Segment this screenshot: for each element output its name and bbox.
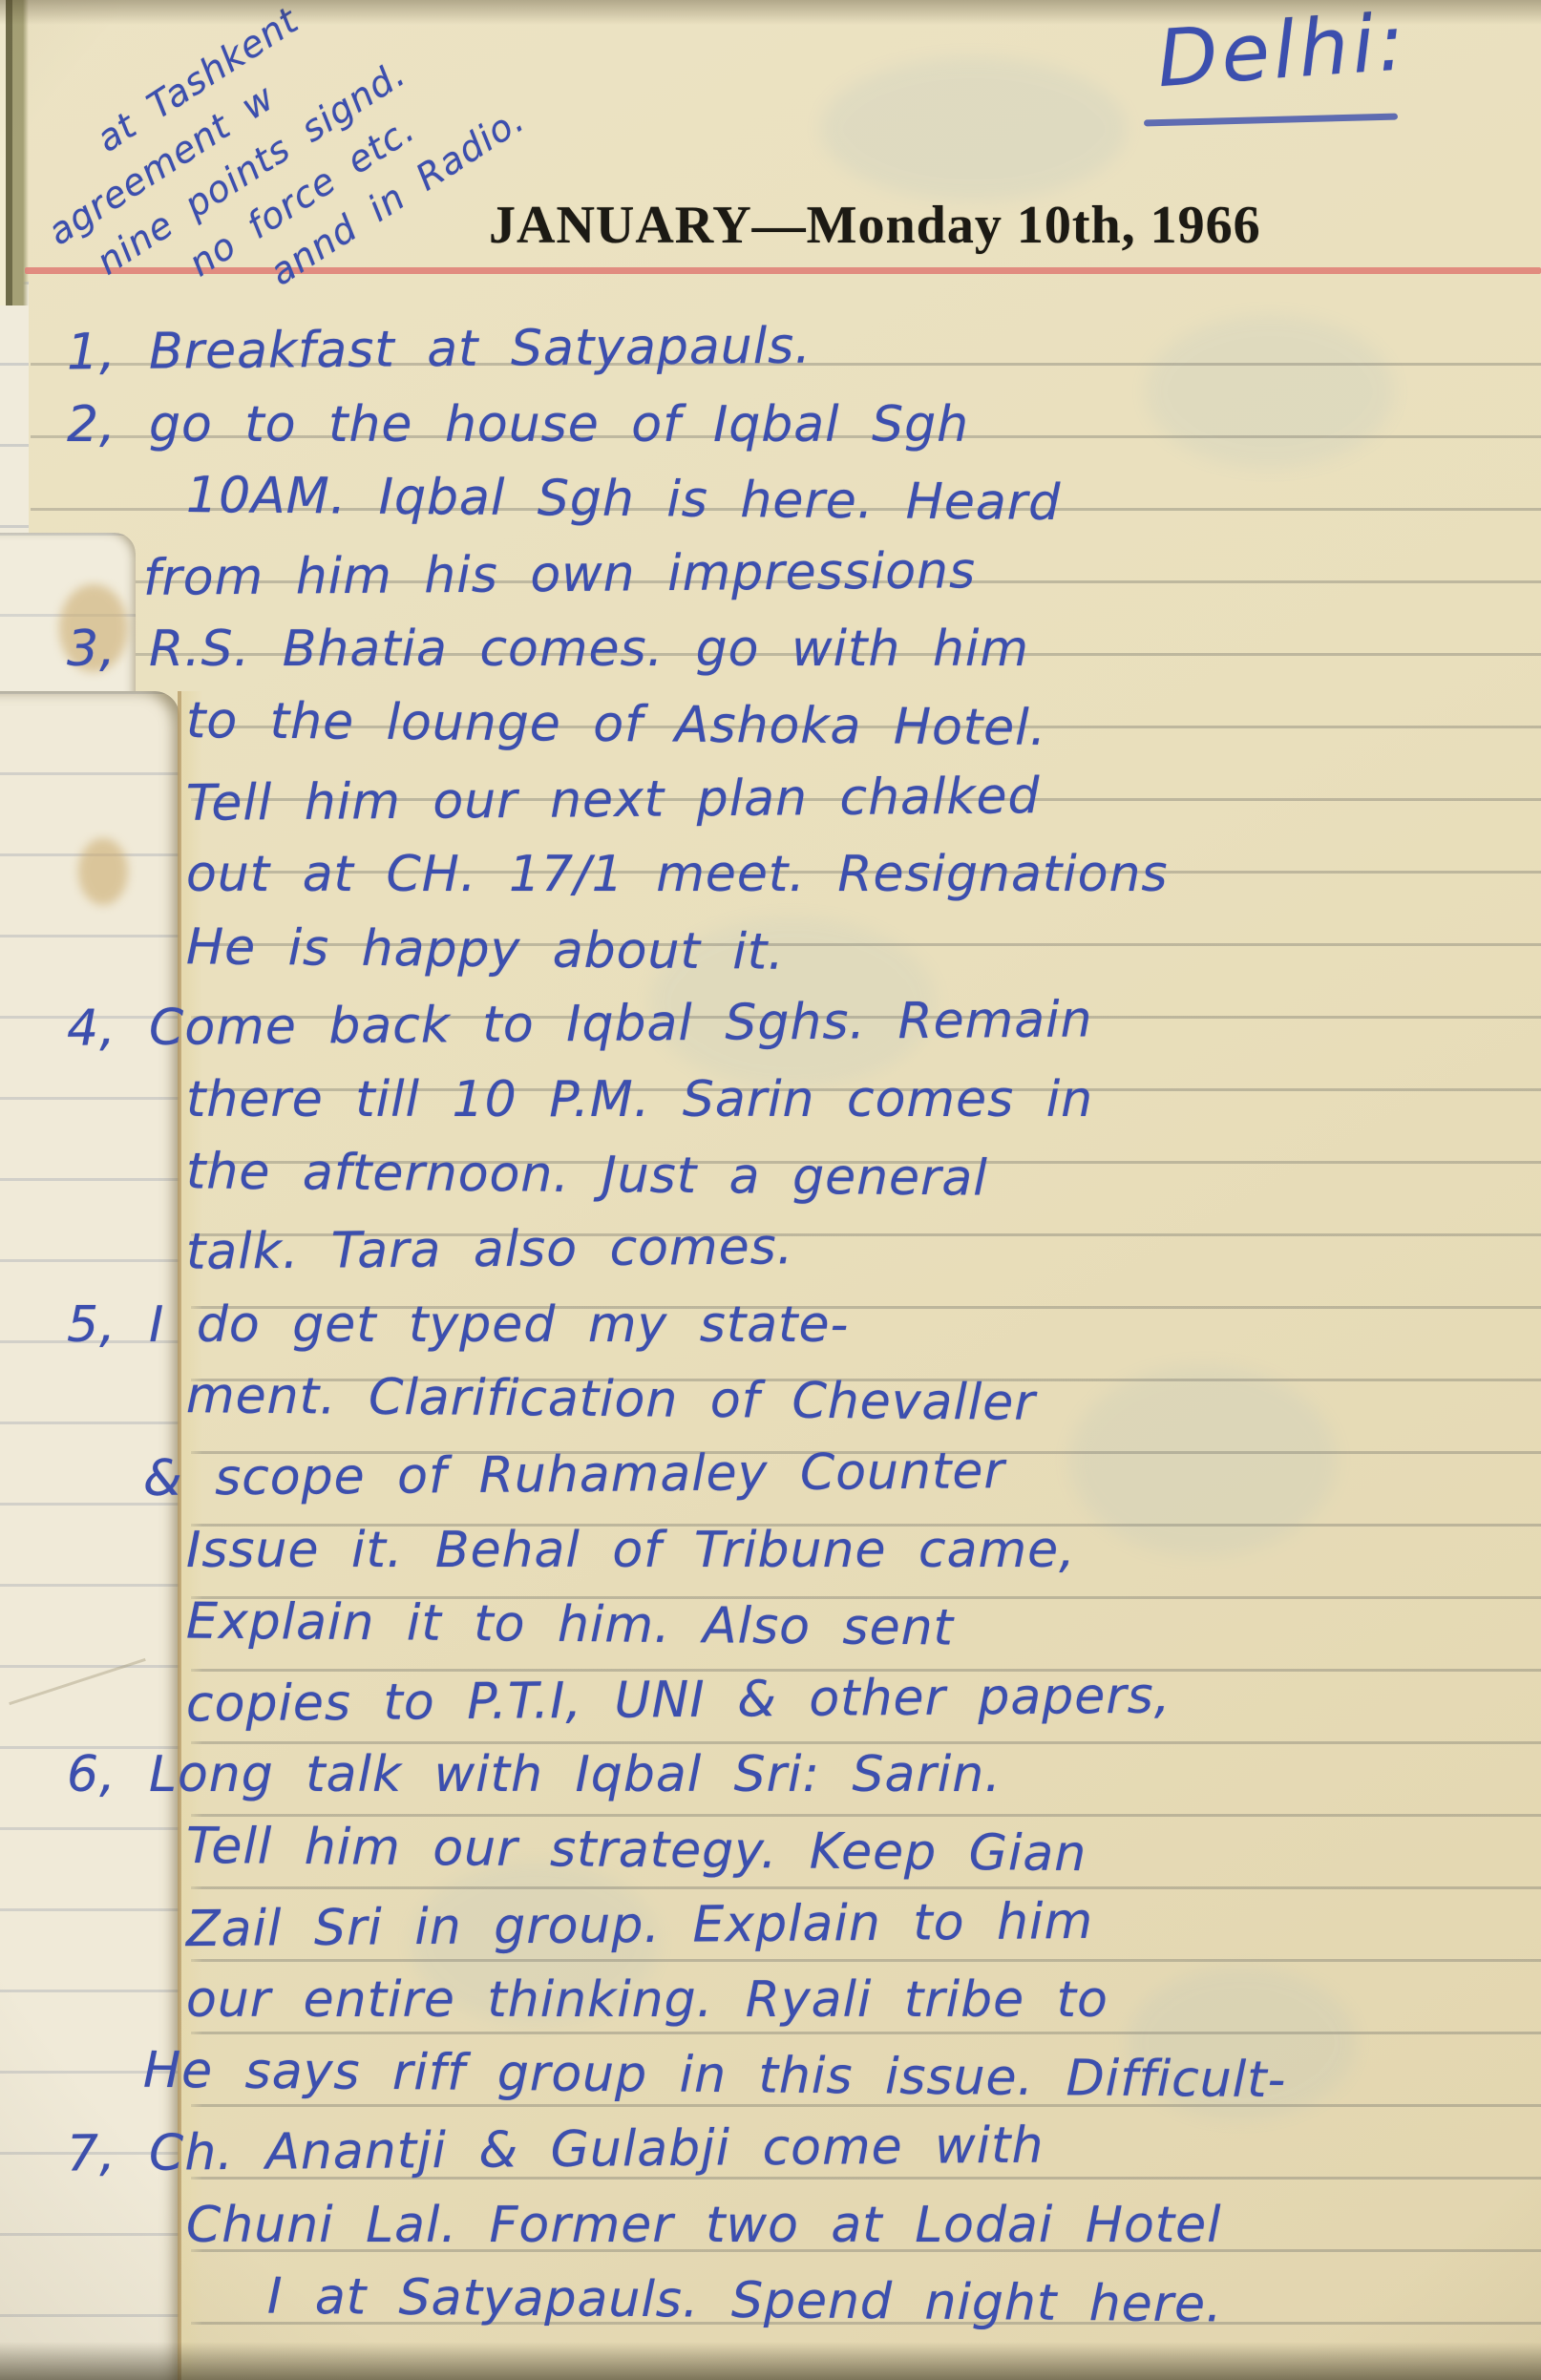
diary-line-text: Breakfast at Satyapauls. — [149, 318, 812, 381]
diary-line-text: I at Satyapauls. Spend night here. — [267, 2268, 1223, 2334]
diary-line-text: Chuni Lal. Former two at Lodai Hotel — [186, 2197, 1222, 2254]
diary-line: Tell him our strategy. Keep Gian — [186, 1822, 1087, 1879]
diary-line: Issue it. Behal of Tribune came, — [186, 1526, 1076, 1575]
diary-line: 1,Breakfast at Satyapauls. — [67, 322, 812, 378]
diary-line-text: ment. Clarification of Chevaller — [186, 1367, 1036, 1432]
diary-line: from him his own impressions — [143, 546, 977, 603]
diary-line-text: out at CH. 17/1 meet. Resignations — [186, 846, 1169, 903]
entry-number: 1, — [67, 327, 149, 378]
top-edge-shadow — [0, 0, 1541, 25]
diary-line-text: Tell him our next plan chalked — [186, 768, 1041, 832]
diary-line-text: the afternoon. Just a general — [186, 1143, 988, 1207]
diary-line-text: from him his own impressions — [143, 542, 977, 607]
diary-line-text: there till 10 P.M. Sarin comes in — [186, 1071, 1093, 1128]
diary-line: talk. Tara also comes. — [186, 1222, 794, 1277]
diary-line-text: copies to P.T.I, UNI & other papers, — [186, 1668, 1172, 1734]
diary-line: Chuni Lal. Former two at Lodai Hotel — [186, 2201, 1222, 2250]
diary-line-text: 10AM. Iqbal Sgh is here. Heard — [186, 467, 1062, 532]
entry-number: 4, — [67, 1003, 149, 1054]
diary-line: 7,Ch. Anantji & Gulabji come with — [67, 2121, 1045, 2180]
diary-line: the afternoon. Just a general — [186, 1147, 988, 1203]
diary-line: I at Satyapauls. Spend night here. — [267, 2272, 1223, 2330]
entry-number: 2, — [67, 400, 149, 450]
entry-number: 7, — [67, 2129, 149, 2180]
diary-line-text: Issue it. Behal of Tribune came, — [186, 1522, 1076, 1579]
diary-line-text: Tell him our strategy. Keep Gian — [186, 1818, 1087, 1883]
diary-line-text: Long talk with Iqbal Sri: Sarin. — [149, 1746, 1002, 1803]
diary-line-text: to the lounge of Ashoka Hotel. — [186, 692, 1047, 757]
diary-line: 6,Long talk with Iqbal Sri: Sarin. — [67, 1750, 1002, 1800]
diary-line: He says riff group in this issue. Diffic… — [143, 2046, 1287, 2105]
diary-line: Zail Sri in group. Explain to him — [186, 1897, 1094, 1954]
diary-line-text: I do get typed my state- — [149, 1296, 849, 1354]
diary-line: 10AM. Iqbal Sgh is here. Heard — [186, 471, 1062, 528]
diary-line-text: He is happy about it. — [186, 918, 785, 980]
diary-line: there till 10 P.M. Sarin comes in — [186, 1075, 1093, 1125]
diary-line: Explain it to him. Also sent — [186, 1596, 954, 1653]
diary-line-text: Explain it to him. Also sent — [186, 1592, 954, 1656]
diary-line: 5,I do get typed my state- — [67, 1300, 849, 1350]
diary-line-text: Zail Sri in group. Explain to him — [186, 1893, 1094, 1958]
entry-number: 5, — [67, 1300, 149, 1350]
diary-line: Tell him our next plan chalked — [186, 771, 1041, 829]
diary-line-text: Ch. Anantji & Gulabji come with — [149, 2117, 1045, 2182]
diary-line-text: R.S. Bhatia comes. go with him — [149, 621, 1029, 678]
diary-page-photo: JANUARY—Monday 10th, 1966 Delhi: at Tash… — [0, 0, 1541, 2380]
bottom-edge-shadow — [0, 2342, 1541, 2380]
diary-line: to the lounge of Ashoka Hotel. — [186, 696, 1047, 753]
diary-line-text: talk. Tara also comes. — [186, 1218, 794, 1281]
diary-line: & scope of Ruhamaley Counter — [143, 1446, 1005, 1504]
diary-line: copies to P.T.I, UNI & other papers, — [186, 1672, 1172, 1730]
diary-line: out at CH. 17/1 meet. Resignations — [186, 850, 1169, 899]
diary-lines: 1,Breakfast at Satyapauls.2,go to the ho… — [0, 0, 1541, 2380]
diary-line: ment. Clarification of Chevaller — [186, 1371, 1036, 1428]
diary-line: 2,go to the house of Iqbal Sgh — [67, 400, 969, 450]
diary-line-text: Come back to Iqbal Sghs. Remain — [149, 991, 1093, 1057]
entry-number: 3, — [67, 624, 149, 674]
diary-line: 3,R.S. Bhatia comes. go with him — [67, 624, 1029, 674]
diary-line-text: our entire thinking. Ryali tribe to — [186, 1971, 1108, 2029]
diary-line-text: & scope of Ruhamaley Counter — [143, 1443, 1005, 1507]
diary-line: He is happy about it. — [186, 922, 785, 977]
diary-line-text: He says riff group in this issue. Diffic… — [143, 2042, 1287, 2109]
diary-line-text: go to the house of Iqbal Sgh — [149, 396, 969, 453]
diary-line: our entire thinking. Ryali tribe to — [186, 1975, 1108, 2025]
entry-number: 6, — [67, 1750, 149, 1800]
diary-line: 4,Come back to Iqbal Sghs. Remain — [67, 995, 1093, 1053]
